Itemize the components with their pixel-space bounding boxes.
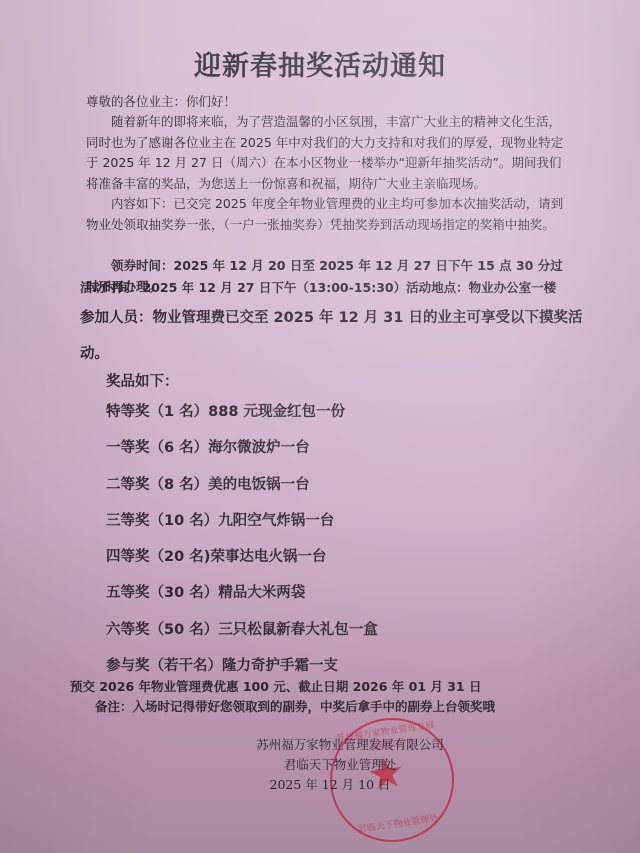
prize-item: 四等奖（20 名)荣事达电火锅一台: [106, 547, 378, 583]
prize-item: 三等奖（10 名）九阳空气炸锅一台: [106, 511, 378, 547]
prize-item: 五等奖（30 名）精品大米两袋: [106, 583, 378, 619]
signature-office: 君临天下物业管理处: [20, 755, 640, 773]
prepay-discount-line: 预交 2026 年物业管理费优惠 100 元、截止日期 2026 年 01 月 …: [70, 677, 481, 695]
remark-line: 备注：入场时记得带好您领取到的副券，中奖后拿手中的副券上台领奖哦: [95, 697, 495, 715]
greeting: 尊敬的各位业主：你们好！: [86, 92, 566, 113]
prizes-heading: 奖品如下：: [106, 370, 179, 391]
seal-bottom-text: 君临天下物业管理处: [352, 810, 445, 836]
prize-item: 一等奖（6 名）海尔微波炉一台: [106, 438, 378, 474]
participants-paragraph: 参加人员：物业管理费已交至 2025 年 12 月 31 日的业主可享受以下摸奖…: [80, 300, 600, 372]
signature-company: 苏州福万家物业管理发展有限公司: [30, 735, 640, 753]
content-paragraph: 内容如下：已交完 2025 年度全年物业管理费的业主均可参加本次抽奖活动，请到物…: [86, 194, 566, 235]
notice-page: 迎新春抽奖活动通知 尊敬的各位业主：你们好！ 随着新年的即将来临，为了营造温馨的…: [0, 0, 640, 853]
notice-title: 迎新春抽奖活动通知: [0, 44, 640, 83]
signature-date: 2025 年 12 月 10 日: [10, 775, 640, 793]
prize-list: 特等奖（1 名）888 元现金红包一份 一等奖（6 名）海尔微波炉一台 二等奖（…: [106, 402, 378, 692]
prize-item: 二等奖（8 名）美的电饭锅一台: [106, 475, 378, 511]
activity-time-line: 活动时间：2025 年 12 月 27 日下午（13:00-15:30）活动地点…: [80, 278, 580, 299]
intro-paragraph: 随着新年的即将来临，为了营造温馨的小区氛围，丰富广大业主的精神文化生活，同时也为…: [86, 112, 566, 194]
prize-item: 特等奖（1 名）888 元现金红包一份: [106, 402, 378, 438]
prize-item: 六等奖（50 名）三只松鼠新春大礼包一盒: [106, 620, 378, 656]
